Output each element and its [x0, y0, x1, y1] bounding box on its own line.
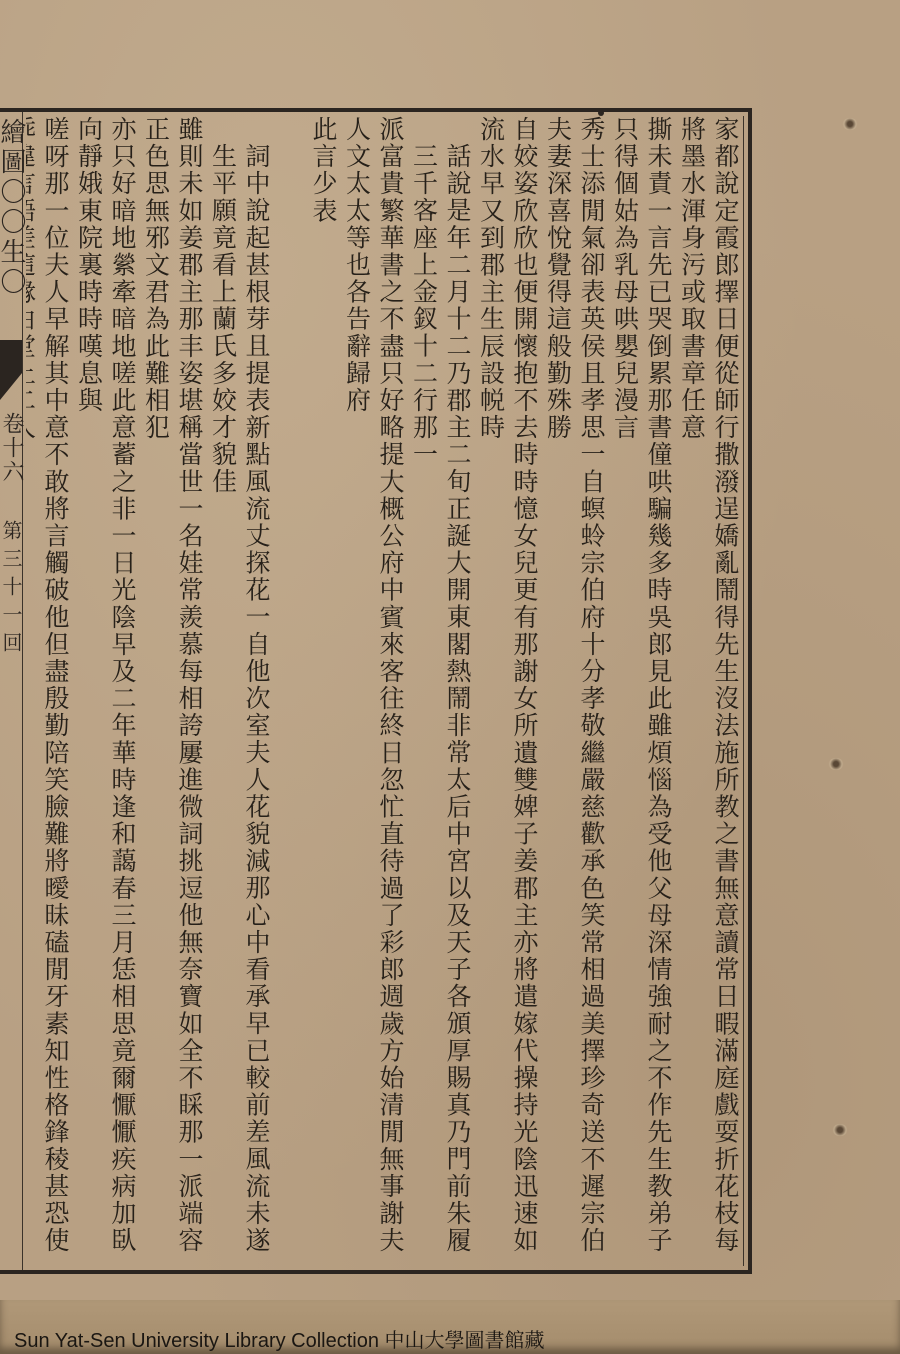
- volume-label: 卷十六: [0, 412, 22, 484]
- book-title-margin: 繪圖〇〇生〇: [0, 118, 22, 298]
- chapter-label: 第三十一回: [0, 520, 22, 660]
- text-column: 家都說定霞郎擇日便從師行撒潑逞嬌亂鬧得先生沒法施所教之書無意讀常日暇滿庭戲耍折花…: [675, 116, 742, 1266]
- text-column: 詞中說起甚根芽且提表新點風流丈探花一自他次室夫人花貌減那心中看承早已較前差風流未…: [206, 116, 273, 1266]
- text-column: 雖則未如姜郡主那丰姿堪稱當世一名娃常羨慕每相誇屢進微詞挑逗他無奈寶如全不睬那一派…: [139, 116, 206, 1266]
- binding-hole-icon: [832, 1124, 848, 1136]
- text-column: 撕未責一言先已哭倒累那書僮哄騙幾多時吳郎見此雖煩惱為受他父母深情強耐之不作先生教…: [608, 116, 675, 1266]
- text-column: 派富貴繁華書之不盡只好略提大概公府中賓來客往終日忽忙直待過了彩郎週歲方始清閒無事…: [340, 116, 407, 1266]
- text-column: 話說是年二月十二乃郡主二旬正誕大開東閣熱鬧非常太后中宮以及天子各頒厚賜真乃門前朱…: [407, 116, 474, 1266]
- text-column: 亦只好暗地縈牽暗地嗟此意蓄之非一日光陰早及二年華時逢和藹春三月恁相思竟爾懨懨疾病…: [72, 116, 139, 1266]
- text-column: 此言少表: [307, 116, 341, 1266]
- text-column: 嗟呀那一位夫人早解其中意不敢將言觸破他但盡殷勤陪笑臉難將曖昧磕閒牙素知性格鋒稜甚…: [26, 116, 72, 1266]
- scanned-book-page: 繪圖〇〇生〇 卷十六 第三十一回 家都說定霞郎擇日便從師行撒潑逞嬌亂鬧得先生沒法…: [0, 0, 900, 1300]
- vertical-text-body: 家都說定霞郎擇日便從師行撒潑逞嬌亂鬧得先生沒法施所教之書無意讀常日暇滿庭戲耍折花…: [26, 116, 742, 1266]
- inner-border-line: [743, 116, 744, 1266]
- binding-hole-icon: [828, 758, 844, 770]
- collection-footer: Sun Yat-Sen University Library Collectio…: [0, 1300, 900, 1354]
- collection-credit: Sun Yat-Sen University Library Collectio…: [14, 1324, 545, 1353]
- text-column: 秀士添閒氣卻表英侯且孝思一自螟蛉宗伯府十分孝敬繼嚴慈歡承色笑常相過美擇珍奇送不遲…: [541, 116, 608, 1266]
- text-column: 自姣姿欣欣也便開懷抱不去時時憶女兒更有那謝女所遺雙婢子姜郡主亦將遣嫁代操持光陰迅…: [474, 116, 541, 1266]
- binding-hole-icon: [842, 118, 858, 130]
